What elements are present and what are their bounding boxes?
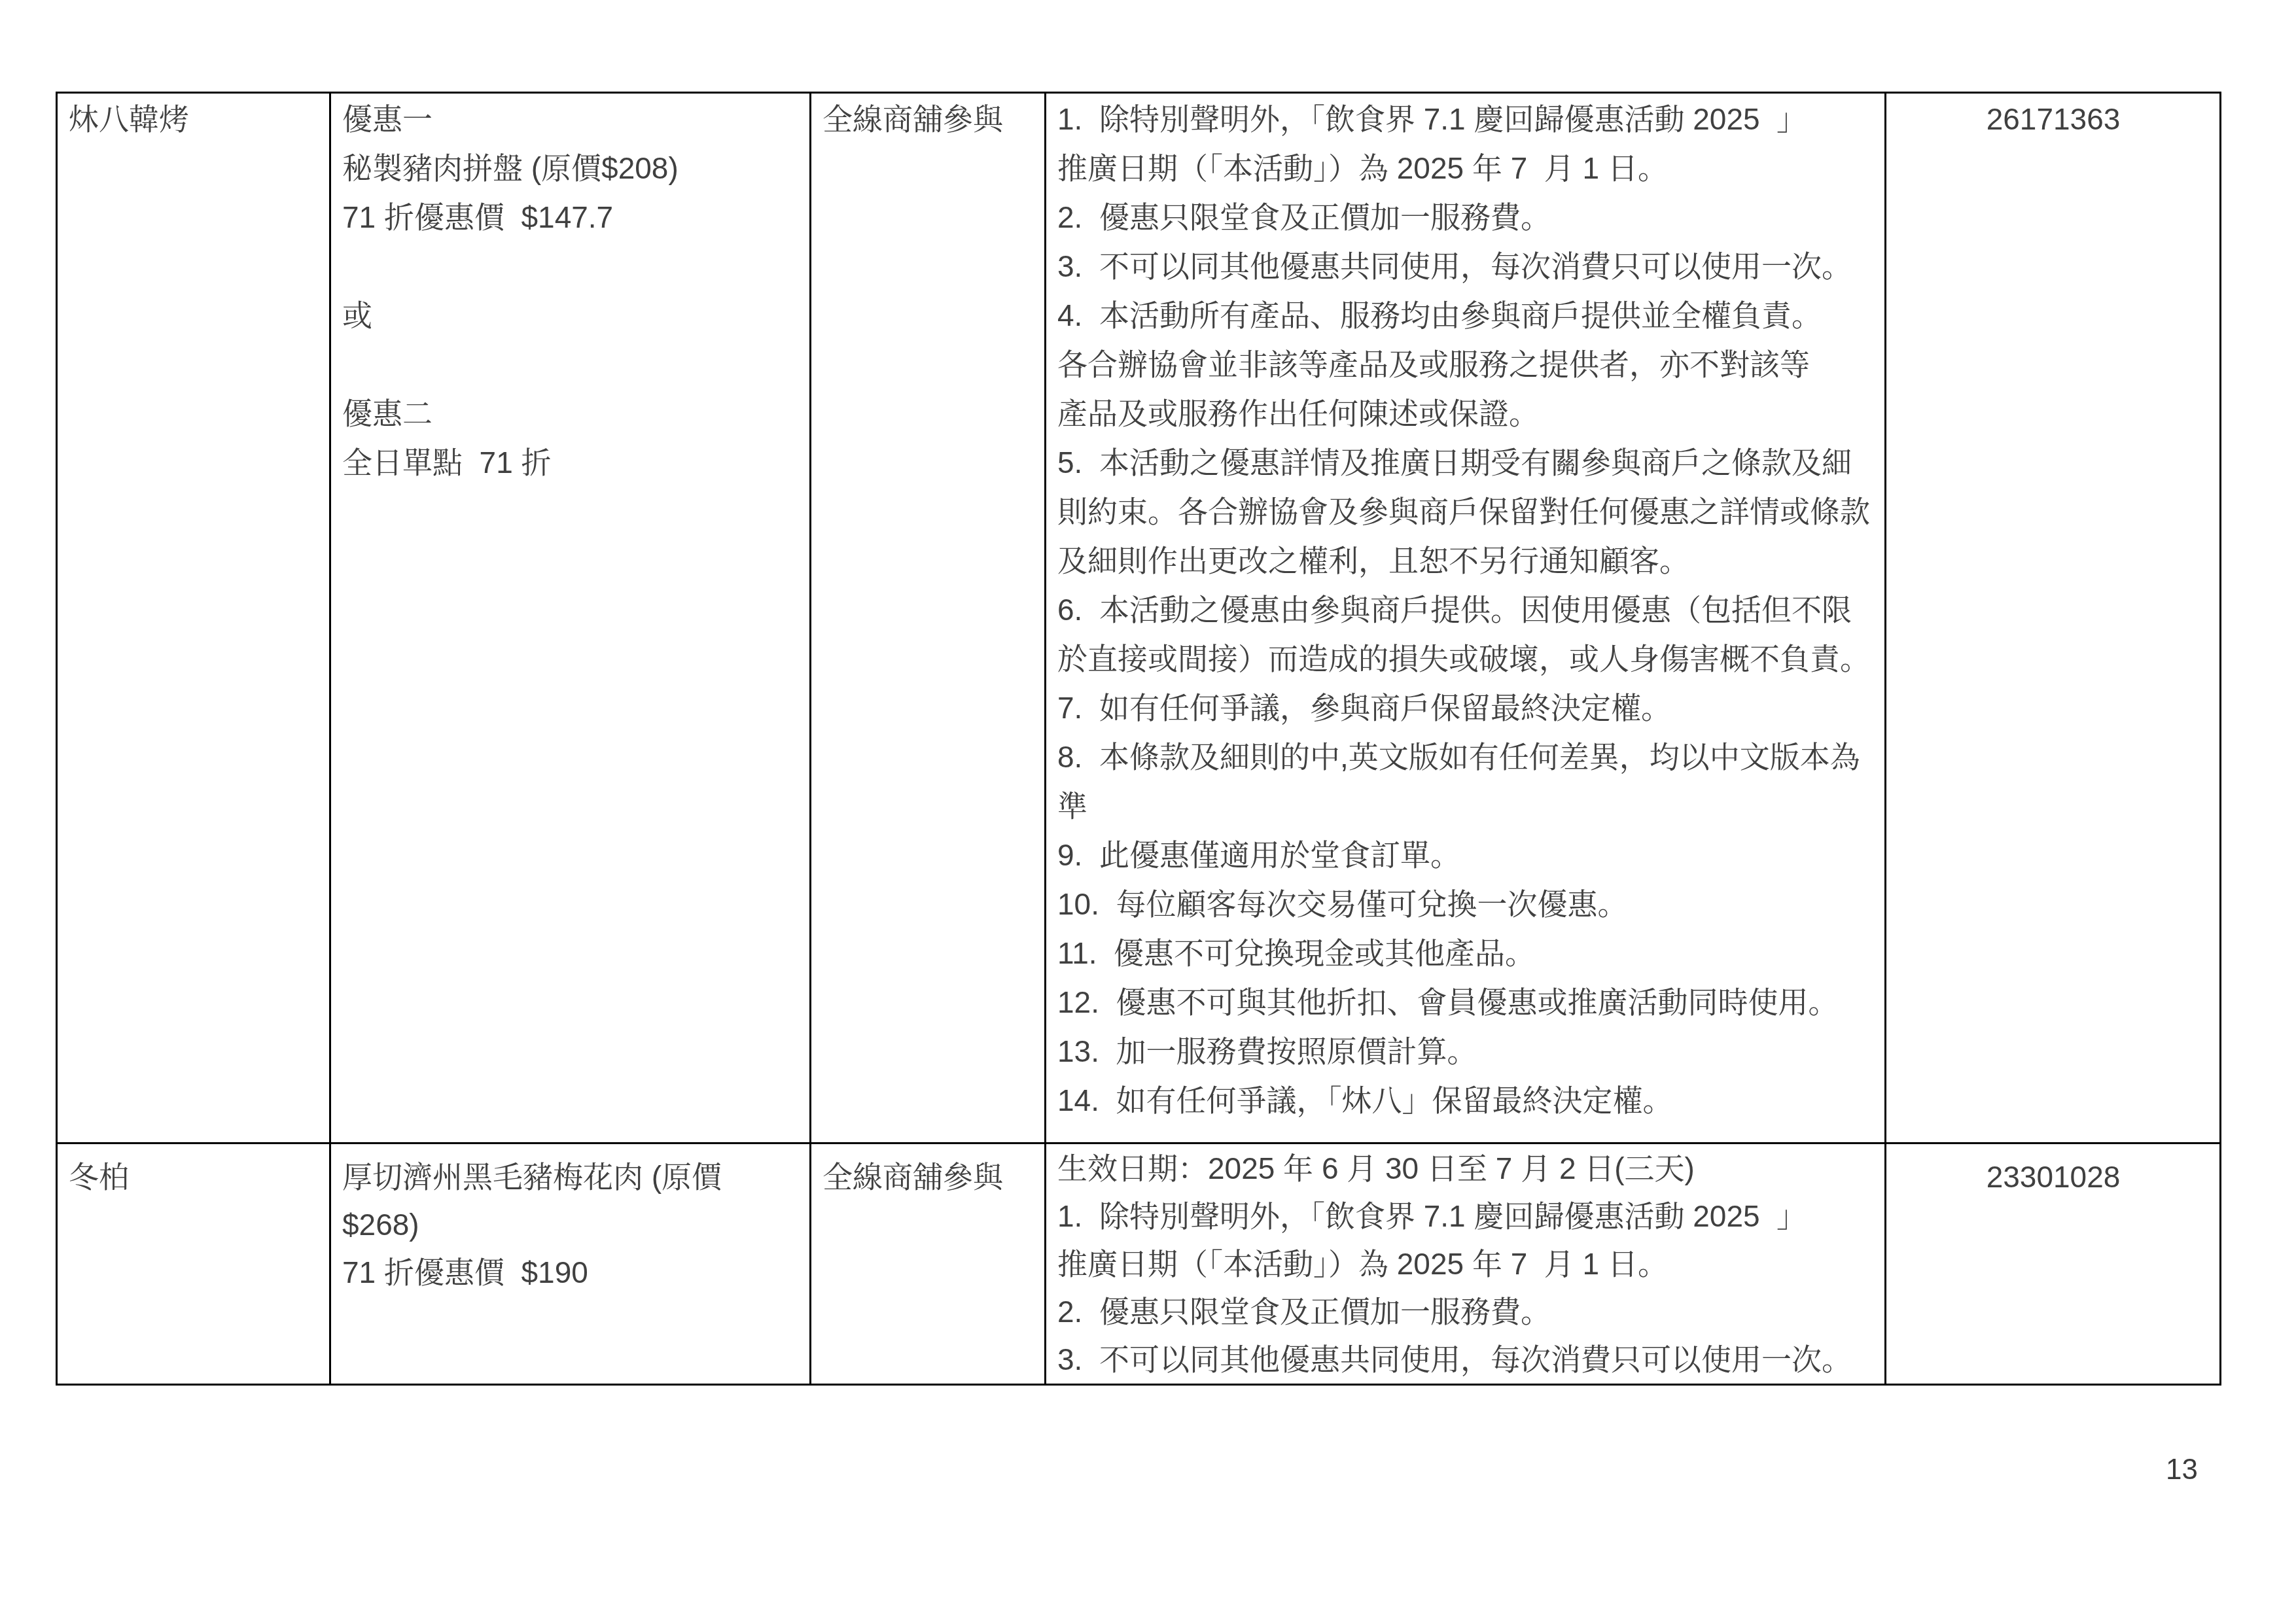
text-line: 10. 每位顧客每次交易僅可兌換一次優惠。 — [1057, 880, 1874, 929]
text-line: 2. 優惠只限堂食及正價加一服務費。 — [1057, 193, 1874, 242]
text-line: 71 折優惠價 $190 — [342, 1249, 799, 1297]
text-line: 6. 本活動之優惠由參與商戶提供。因使用優惠（包括但不限 — [1057, 585, 1874, 635]
text-line: 14. 如有任何爭議，「炑八」保留最終決定權。 — [1057, 1076, 1874, 1125]
text-line: 3. 不可以同其他優惠共同使用，每次消費只可以使用一次。 — [1057, 1336, 1874, 1384]
table-row: 炑八韓烤 優惠一秘製豬肉拼盤 (原價$208)71 折優惠價 $147.7 或 … — [57, 93, 2221, 1143]
text-line: 推廣日期（「本活動」）為 2025 年 7 月 1 日。 — [1057, 1240, 1874, 1288]
terms-and-conditions-cell: 生效日期：2025 年 6 月 30 日至 7 月 2 日(三天)1. 除特別聲… — [1046, 1143, 1886, 1385]
text-line: 厚切濟州黑毛豬梅花肉 (原價 — [342, 1153, 799, 1201]
text-line: 12. 優惠不可與其他折扣、會員優惠或推廣活動同時使用。 — [1057, 978, 1874, 1027]
text-line: 全日單點 71 折 — [342, 438, 799, 487]
text-line: 則約束。各合辦協會及參與商戶保留對任何優惠之詳情或條款 — [1057, 487, 1874, 536]
text-line: 優惠一 — [342, 95, 799, 144]
text-line: 各合辦協會並非該等產品及或服務之提供者，亦不對該等 — [1057, 340, 1874, 389]
text-line: 13. 加一服務費按照原價計算。 — [1057, 1027, 1874, 1076]
table-row: 冬柏 厚切濟州黑毛豬梅花肉 (原價$268)71 折優惠價 $190 全線商舖參… — [57, 1143, 2221, 1385]
participating-shops-cell: 全線商舖參與 — [811, 1143, 1046, 1385]
offer-details-cell: 厚切濟州黑毛豬梅花肉 (原價$268)71 折優惠價 $190 — [330, 1143, 811, 1385]
text-line: 3. 不可以同其他優惠共同使用，每次消費只可以使用一次。 — [1057, 242, 1874, 291]
text-line: 8. 本條款及細則的中,英文版如有任何差異，均以中文版本為 — [1057, 733, 1874, 782]
text-line — [342, 242, 799, 291]
terms-and-conditions-cell: 1. 除特別聲明外，「飲食界 7.1 慶回歸優惠活動 2025 」推廣日期（「本… — [1046, 93, 1886, 1143]
text-line: 7. 如有任何爭議，參與商戶保留最終決定權。 — [1057, 684, 1874, 733]
phone-number-cell: 23301028 — [1886, 1143, 2221, 1385]
text-line: 優惠二 — [342, 389, 799, 438]
promotion-offers-table: 炑八韓烤 優惠一秘製豬肉拼盤 (原價$208)71 折優惠價 $147.7 或 … — [56, 92, 2221, 1386]
text-line: 2. 優惠只限堂食及正價加一服務費。 — [1057, 1288, 1874, 1336]
text-line: 推廣日期（「本活動」）為 2025 年 7 月 1 日。 — [1057, 144, 1874, 193]
text-line: 4. 本活動所有產品、服務均由參與商戶提供並全權負責。 — [1057, 291, 1874, 340]
text-line: 1. 除特別聲明外，「飲食界 7.1 慶回歸優惠活動 2025 」 — [1057, 95, 1874, 144]
merchant-name-cell: 冬柏 — [57, 1143, 330, 1385]
text-line: 11. 優惠不可兌換現金或其他產品。 — [1057, 929, 1874, 978]
page-number: 13 — [2166, 1454, 2198, 1486]
merchant-name-cell: 炑八韓烤 — [57, 93, 330, 1143]
offer-details-cell: 優惠一秘製豬肉拼盤 (原價$208)71 折優惠價 $147.7 或 優惠二全日… — [330, 93, 811, 1143]
document-page: 炑八韓烤 優惠一秘製豬肉拼盤 (原價$208)71 折優惠價 $147.7 或 … — [0, 0, 2296, 1623]
text-line: 5. 本活動之優惠詳情及推廣日期受有關參與商戶之條款及細 — [1057, 438, 1874, 487]
text-line: 或 — [342, 291, 799, 340]
text-line: $268) — [342, 1201, 799, 1249]
text-line: 於直接或間接）而造成的損失或破壞，或人身傷害概不負責。 — [1057, 635, 1874, 684]
text-line: 9. 此優惠僅適用於堂食訂單。 — [1057, 831, 1874, 880]
text-line — [342, 340, 799, 389]
text-line: 準 — [1057, 782, 1874, 831]
participating-shops-cell: 全線商舖參與 — [811, 93, 1046, 1143]
text-line: 生效日期：2025 年 6 月 30 日至 7 月 2 日(三天) — [1057, 1145, 1874, 1193]
text-line: 71 折優惠價 $147.7 — [342, 193, 799, 242]
text-line: 及細則作出更改之權利，且恕不另行通知顧客。 — [1057, 536, 1874, 585]
text-line: 產品及或服務作出任何陳述或保證。 — [1057, 389, 1874, 438]
text-line: 1. 除特別聲明外，「飲食界 7.1 慶回歸優惠活動 2025 」 — [1057, 1193, 1874, 1240]
text-line: 秘製豬肉拼盤 (原價$208) — [342, 144, 799, 193]
phone-number-cell: 26171363 — [1886, 93, 2221, 1143]
